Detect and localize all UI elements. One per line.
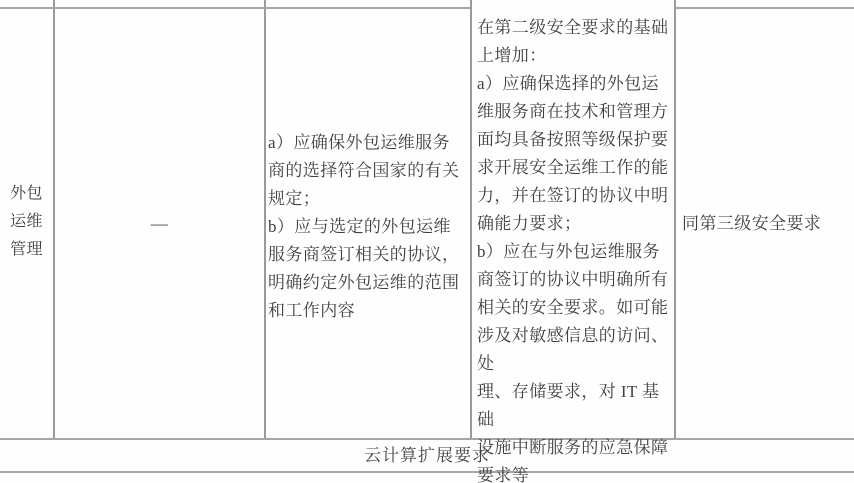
section-caption: 云计算扩展要求 bbox=[0, 440, 854, 471]
cell-level1-dash: — bbox=[55, 9, 264, 438]
em-dash: — bbox=[151, 210, 168, 238]
cell-level4-requirements: 同第三级安全要求 bbox=[682, 210, 852, 238]
table-column-border-2 bbox=[264, 0, 266, 438]
table-column-border-3 bbox=[470, 0, 472, 438]
table-column-border-4 bbox=[674, 0, 676, 438]
cell-level3-requirements: 在第二级安全要求的基础 上增加： a）应确保选择的外包运 维服务商在技术和管理方… bbox=[477, 14, 673, 483]
document-page: 外包 运维 管理 — a）应确保外包运维服务 商的选择符合国家的有关 规定； b… bbox=[0, 0, 854, 483]
section-bottom-rule bbox=[0, 471, 854, 473]
table-top-rule-right bbox=[674, 7, 854, 9]
cell-level2-requirements: a）应确保外包运维服务 商的选择符合国家的有关 规定； b）应与选定的外包运维 … bbox=[268, 129, 468, 325]
cell-category: 外包 运维 管理 bbox=[0, 180, 53, 264]
